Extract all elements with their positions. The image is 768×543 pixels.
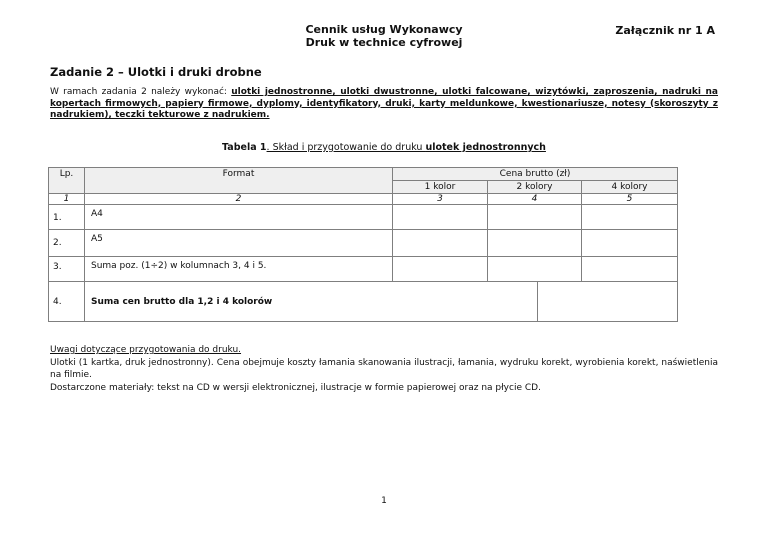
column-number-1: 1: [49, 194, 85, 205]
summary-total-value: [538, 282, 678, 322]
table-row: 1. A4: [49, 205, 678, 230]
summary-row: 4. Suma cen brutto dla 1,2 i 4 kolorów: [49, 282, 678, 322]
row1-format: A4: [85, 205, 393, 230]
pricing-table-summary: 4. Suma cen brutto dla 1,2 i 4 kolorów: [48, 281, 678, 322]
header-2-kolory: 2 kolory: [488, 181, 582, 194]
document-title-line2: Druk w technice cyfrowej: [0, 37, 768, 50]
pricing-table: Lp. Format Cena brutto (zł) 1 kolor 2 ko…: [48, 167, 677, 322]
column-number-4: 4: [488, 194, 582, 205]
row3-price-2kolory: [488, 257, 582, 282]
row1-lp: 1.: [49, 205, 85, 230]
document-page: Cennik usług Wykonawcy Druk w technice c…: [0, 0, 768, 543]
notes-section: Uwagi dotyczące przygotowania do druku. …: [50, 344, 718, 394]
column-numbering-row: 1 2 3 4 5: [49, 194, 678, 205]
column-number-5: 5: [582, 194, 678, 205]
row3-format: Suma poz. (1÷2) w kolumnach 3, 4 i 5.: [85, 257, 393, 282]
table-header-row: Lp. Format Cena brutto (zł): [49, 168, 678, 181]
row3-lp: 3.: [49, 257, 85, 282]
header-format: Format: [85, 168, 393, 194]
row2-price-4kolory: [582, 230, 678, 257]
table-caption-subject: ulotek jednostronnych: [425, 142, 545, 153]
row2-price-1kolor: [393, 230, 488, 257]
row1-price-2kolory: [488, 205, 582, 230]
column-number-2: 2: [85, 194, 393, 205]
notes-paragraph: Ulotki (1 kartka, druk jednostronny). Ce…: [50, 357, 718, 382]
attachment-label: Załącznik nr 1 A: [615, 24, 715, 37]
pricing-table-main: Lp. Format Cena brutto (zł) 1 kolor 2 ko…: [48, 167, 678, 282]
column-number-3: 3: [393, 194, 488, 205]
section-heading: Zadanie 2 – Ulotki i druki drobne: [50, 65, 262, 79]
summary-label: Suma cen brutto dla 1,2 i 4 kolorów: [85, 282, 538, 322]
header-lp: Lp.: [49, 168, 85, 194]
table-row: 2. A5: [49, 230, 678, 257]
row1-price-1kolor: [393, 205, 488, 230]
header-price-group: Cena brutto (zł): [393, 168, 678, 181]
row2-format: A5: [85, 230, 393, 257]
row2-price-2kolory: [488, 230, 582, 257]
row1-price-4kolory: [582, 205, 678, 230]
intro-paragraph: W ramach zadania 2 należy wykonać: ulotk…: [50, 87, 718, 122]
row2-lp: 2.: [49, 230, 85, 257]
table-row: 3. Suma poz. (1÷2) w kolumnach 3, 4 i 5.: [49, 257, 678, 282]
intro-regular-text: W ramach zadania 2 należy wykonać:: [50, 87, 231, 97]
summary-lp: 4.: [49, 282, 85, 322]
row3-price-1kolor: [393, 257, 488, 282]
header-1-kolor: 1 kolor: [393, 181, 488, 194]
header-4-kolory: 4 kolory: [582, 181, 678, 194]
page-number: 1: [0, 496, 768, 506]
table-caption-number: Tabela 1: [222, 142, 267, 153]
notes-heading: Uwagi dotyczące przygotowania do druku.: [50, 344, 718, 357]
table-caption-text: . Skład i przygotowanie do druku ulotek …: [267, 142, 546, 153]
table-caption: Tabela 1. Skład i przygotowanie do druku…: [0, 142, 768, 153]
notes-materials: Dostarczone materiały: tekst na CD w wer…: [50, 382, 718, 395]
row3-price-4kolory: [582, 257, 678, 282]
table-caption-description: . Skład i przygotowanie do druku: [267, 142, 426, 153]
